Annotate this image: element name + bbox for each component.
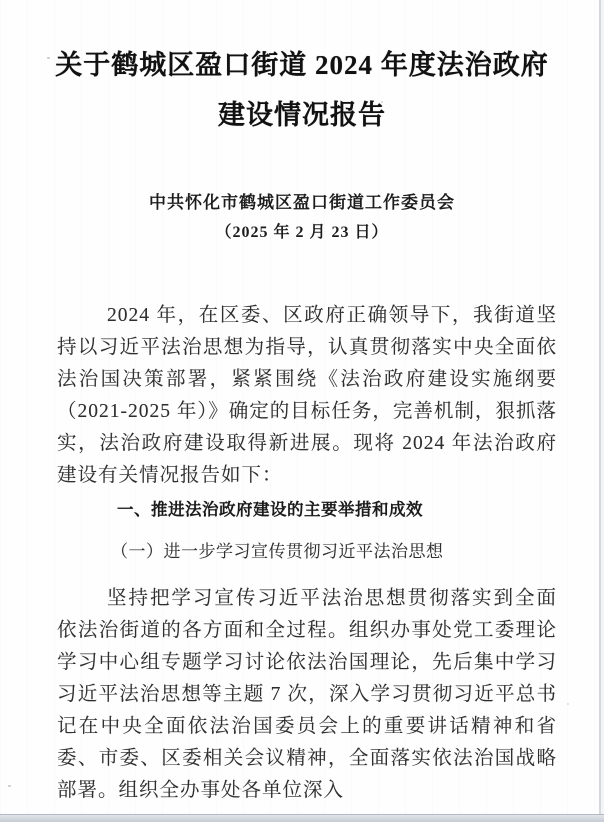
paragraph-body: 坚持把学习宣传习近平法治思想贯彻落实到全面依法治街道的各方面和全过程。组织办事处… bbox=[57, 583, 557, 807]
scan-speck bbox=[240, 788, 242, 790]
paragraph-intro: 2024 年，在区委、区政府正确领导下，我街道坚持以习近平法治思想为指导，认真贯… bbox=[57, 300, 557, 492]
document-title-line-2: 建设情况报告 bbox=[218, 100, 386, 130]
scan-speck bbox=[567, 703, 569, 705]
document-body: 2024 年，在区委、区政府正确领导下，我街道坚持以习近平法治思想为指导，认真贯… bbox=[57, 300, 557, 807]
page-bottom-edge-shadow bbox=[0, 814, 604, 822]
heading-subsection-1-1: （一）进一步学习宣传贯彻习近平法治思想 bbox=[57, 537, 557, 567]
document-title: 关于鹤城区盈口街道 2024 年度法治政府建设情况报告 bbox=[0, 0, 604, 140]
document-date: （2025 年 2 月 23 日） bbox=[0, 218, 604, 248]
scan-speck bbox=[8, 785, 11, 787]
scan-speck bbox=[47, 57, 50, 59]
scan-speck bbox=[381, 101, 383, 103]
heading-section-1: 一、推进法治政府建设的主要举措和成效 bbox=[57, 495, 557, 525]
document-title-line-1: 关于鹤城区盈口街道 2024 年度法治政府 bbox=[55, 50, 549, 80]
scanned-document-page: 关于鹤城区盈口街道 2024 年度法治政府建设情况报告 中共怀化市鹤城区盈口街道… bbox=[0, 0, 604, 822]
document-author: 中共怀化市鹤城区盈口街道工作委员会 bbox=[0, 188, 604, 218]
